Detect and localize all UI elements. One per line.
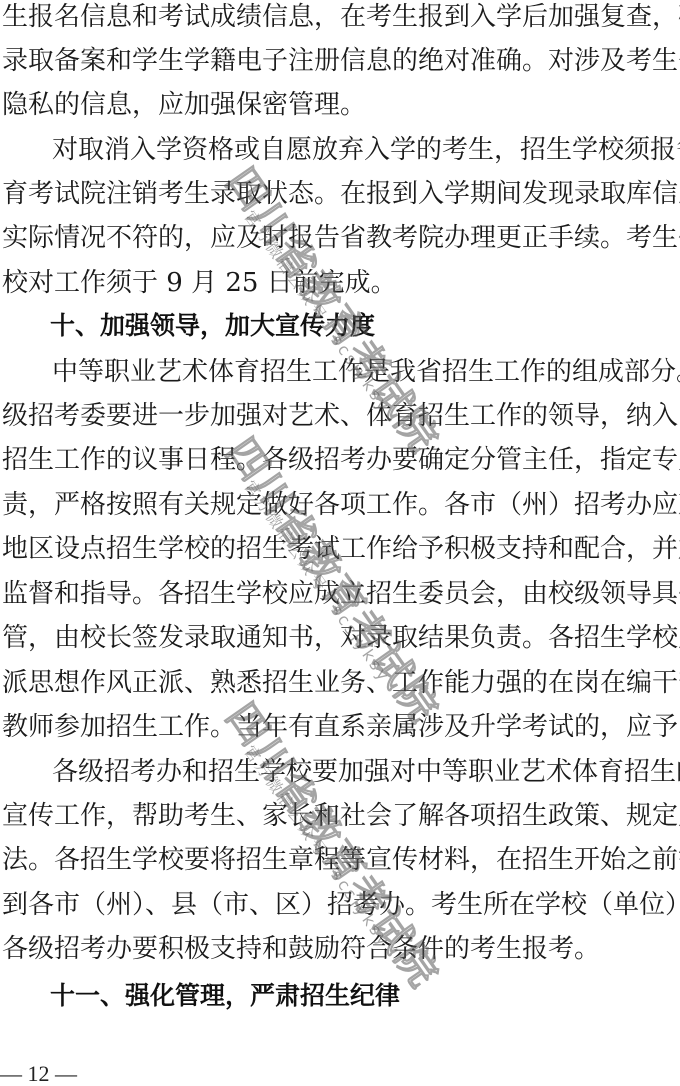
body-text-line: 管，由校长签发录取通知书，对录取结果负责。各招生学校应选 <box>2 621 678 655</box>
body-text-line: 中等职业艺术体育招生工作是我省招生工作的组成部分。各 <box>52 355 678 389</box>
body-text-line: 法。各招生学校要将招生章程等宣传材料，在招生开始之前寄送 <box>2 843 678 877</box>
body-text-line: 宣传工作，帮助考生、家长和社会了解各项招生政策、规定及办 <box>2 799 678 833</box>
body-text-line: 到各市（州）、县（市、区）招考办。考生所在学校（单位）和 <box>2 888 678 922</box>
body-text-line: 派思想作风正派、熟悉招生业务、工作能力强的在岗在编干部、 <box>2 666 678 700</box>
document-page: 生报名信息和考试成绩信息，在考生报到入学后加强复查，确保 录取备案和学生学籍电子… <box>0 0 680 1086</box>
body-text-line: 责，严格按照有关规定做好各项工作。各市（州）招考办应对本 <box>2 488 678 522</box>
body-text-line: 育考试院注销考生录取状态。在报到入学期间发现录取库信息与 <box>2 177 678 211</box>
body-text-line: 级招考委要进一步加强对艺术、体育招生工作的领导，纳入当地 <box>2 399 678 433</box>
section-heading-11: 十一、强化管理，严肃招生纪律 <box>50 978 400 1014</box>
body-text-line: 地区设点招生学校的招生考试工作给予积极支持和配合，并加强 <box>2 532 678 566</box>
body-text-line: 校对工作须于 9 月 25 日前完成。 <box>2 266 678 300</box>
body-text-line: 实际情况不符的，应及时报告省教考院办理更正手续。考生信息 <box>2 221 678 255</box>
page-number: — 12 — <box>0 1062 77 1086</box>
body-text-line: 生报名信息和考试成绩信息，在考生报到入学后加强复查，确保 <box>2 0 678 34</box>
section-heading-10: 十、加强领导，加大宣传力度 <box>50 308 375 344</box>
body-text-line: 隐私的信息，应加强保密管理。 <box>2 88 678 122</box>
body-text-line: 监督和指导。各招生学校应成立招生委员会，由校级领导具体分 <box>2 577 678 611</box>
body-text-line: 录取备案和学生学籍电子注册信息的绝对准确。对涉及考生个人 <box>2 44 678 78</box>
body-text-line: 招生工作的议事日程。各级招考办要确定分管主任，指定专人负 <box>2 443 678 477</box>
body-text-line: 对取消入学资格或自愿放弃入学的考生，招生学校须报省教 <box>52 133 678 167</box>
body-text-line: 教师参加招生工作。当年有直系亲属涉及升学考试的，应予回避。 <box>2 710 678 744</box>
body-text-line: 各级招考办和招生学校要加强对中等职业艺术体育招生的 <box>52 755 678 789</box>
body-text-line: 各级招考办要积极支持和鼓励符合条件的考生报考。 <box>2 932 678 966</box>
